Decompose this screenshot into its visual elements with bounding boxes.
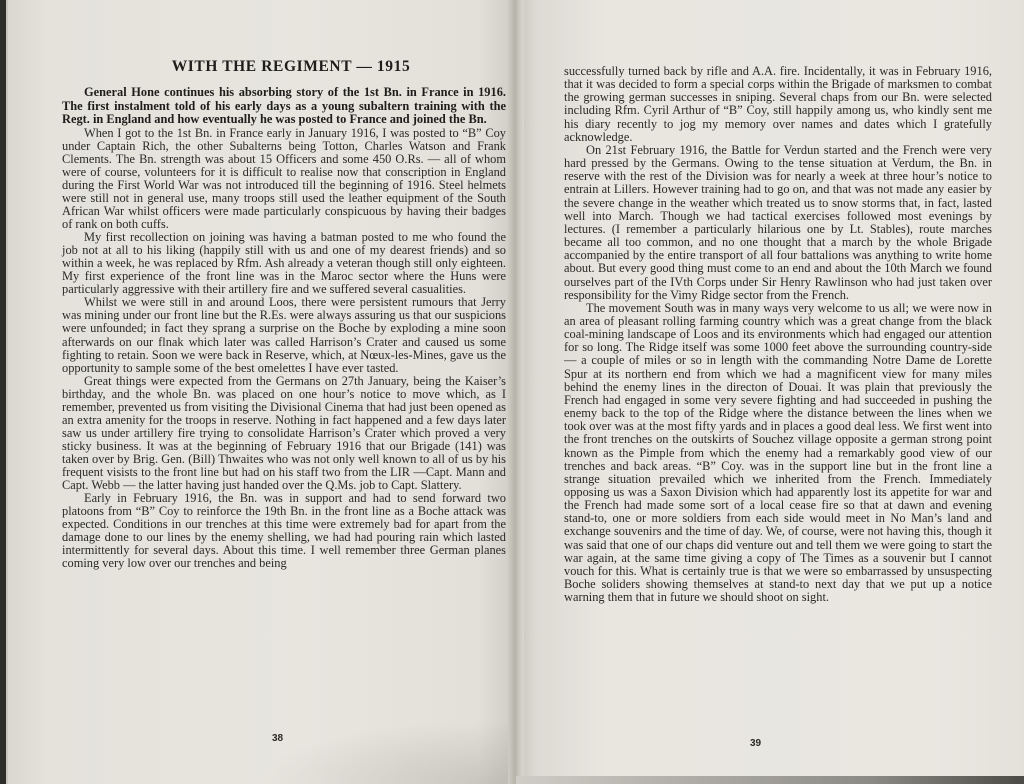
page-number-right: 39 (750, 738, 761, 749)
paragraph: Great things were expected from the Germ… (62, 375, 506, 492)
paragraph: Early in February 1916, the Bn. was in s… (62, 492, 506, 570)
article-title: WITH THE REGIMENT — 1915 (62, 58, 506, 76)
background-edge (516, 776, 1024, 784)
page-shadow (258, 720, 518, 784)
paragraph: On 21st February 1916, the Battle for Ve… (564, 144, 992, 302)
book-gutter (508, 0, 524, 784)
paragraph: My first recollection on joining was hav… (62, 231, 506, 296)
paragraph: When I got to the 1st Bn. in France earl… (62, 127, 506, 231)
paragraph: Whilst we were still in and around Loos,… (62, 296, 506, 374)
open-book: WITH THE REGIMENT — 1915 General Hone co… (0, 0, 1024, 784)
right-page-text-column: successfully turned back by rifle and A.… (564, 65, 992, 604)
paragraph: The movement South was in many ways very… (564, 302, 992, 605)
page-number-left: 38 (272, 733, 283, 744)
right-page: successfully turned back by rifle and A.… (516, 0, 1024, 784)
left-page: WITH THE REGIMENT — 1915 General Hone co… (6, 0, 516, 784)
left-page-text-column: WITH THE REGIMENT — 1915 General Hone co… (62, 58, 506, 570)
article-intro: General Hone continues his absorbing sto… (62, 86, 506, 127)
paragraph-continuation: successfully turned back by rifle and A.… (564, 65, 992, 144)
